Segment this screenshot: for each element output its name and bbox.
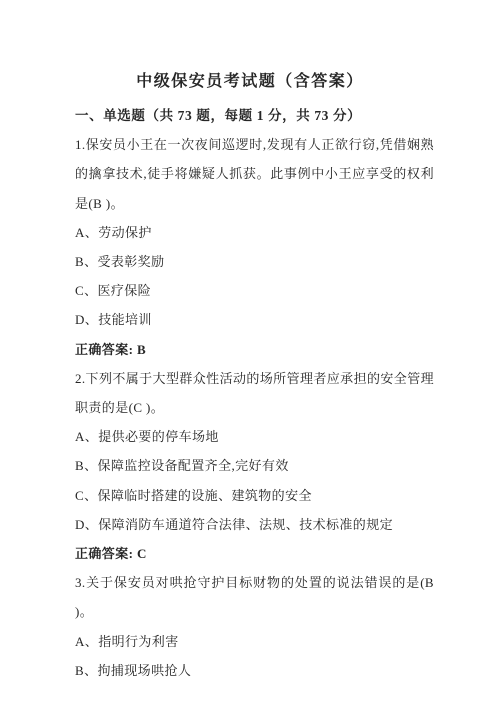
document-page: 中级保安员考试题（含答案） 一、单选题（共 73 题，每题 1 分，共 73 分… (0, 0, 500, 707)
section-heading: 一、单选题（共 73 题，每题 1 分，共 73 分） (75, 101, 434, 130)
option-item: D、保障消防车通道符合法律、法规、技术标准的规定 (75, 510, 434, 539)
option-item: A、提供必要的停车场地 (75, 422, 434, 451)
question-block: 2.下列不属于大型群众性活动的场所管理者应承担的安全管理职责的是(C )。 A、… (75, 364, 434, 568)
question-text: 2.下列不属于大型群众性活动的场所管理者应承担的安全管理职责的是(C )。 (75, 364, 434, 422)
page-title: 中级保安员考试题（含答案） (0, 0, 500, 92)
question-block: 1.保安员小王在一次夜间巡逻时,发现有人正欲行窃,凭借娴熟的擒拿技术,徒手将嫌疑… (75, 130, 434, 364)
question-block: 3.关于保安员对哄抢守护目标财物的处置的说法错误的是(B )。 A、指明行为利害… (75, 568, 434, 685)
option-item: B、受表彰奖励 (75, 247, 434, 276)
answer-label: 正确答案: C (75, 539, 434, 568)
option-item: D、技能培训 (75, 305, 434, 334)
option-item: B、拘捕现场哄抢人 (75, 656, 434, 685)
option-item: C、保障临时搭建的设施、建筑物的安全 (75, 481, 434, 510)
option-item: A、劳动保护 (75, 218, 434, 247)
question-text: 1.保安员小王在一次夜间巡逻时,发现有人正欲行窃,凭借娴熟的擒拿技术,徒手将嫌疑… (75, 130, 434, 218)
option-item: B、保障监控设备配置齐全,完好有效 (75, 451, 434, 480)
option-item: C、医疗保险 (75, 276, 434, 305)
answer-label: 正确答案: B (75, 335, 434, 364)
option-item: A、指明行为利害 (75, 627, 434, 656)
document-body: 一、单选题（共 73 题，每题 1 分，共 73 分） 1.保安员小王在一次夜间… (0, 101, 500, 685)
question-text: 3.关于保安员对哄抢守护目标财物的处置的说法错误的是(B )。 (75, 568, 434, 626)
